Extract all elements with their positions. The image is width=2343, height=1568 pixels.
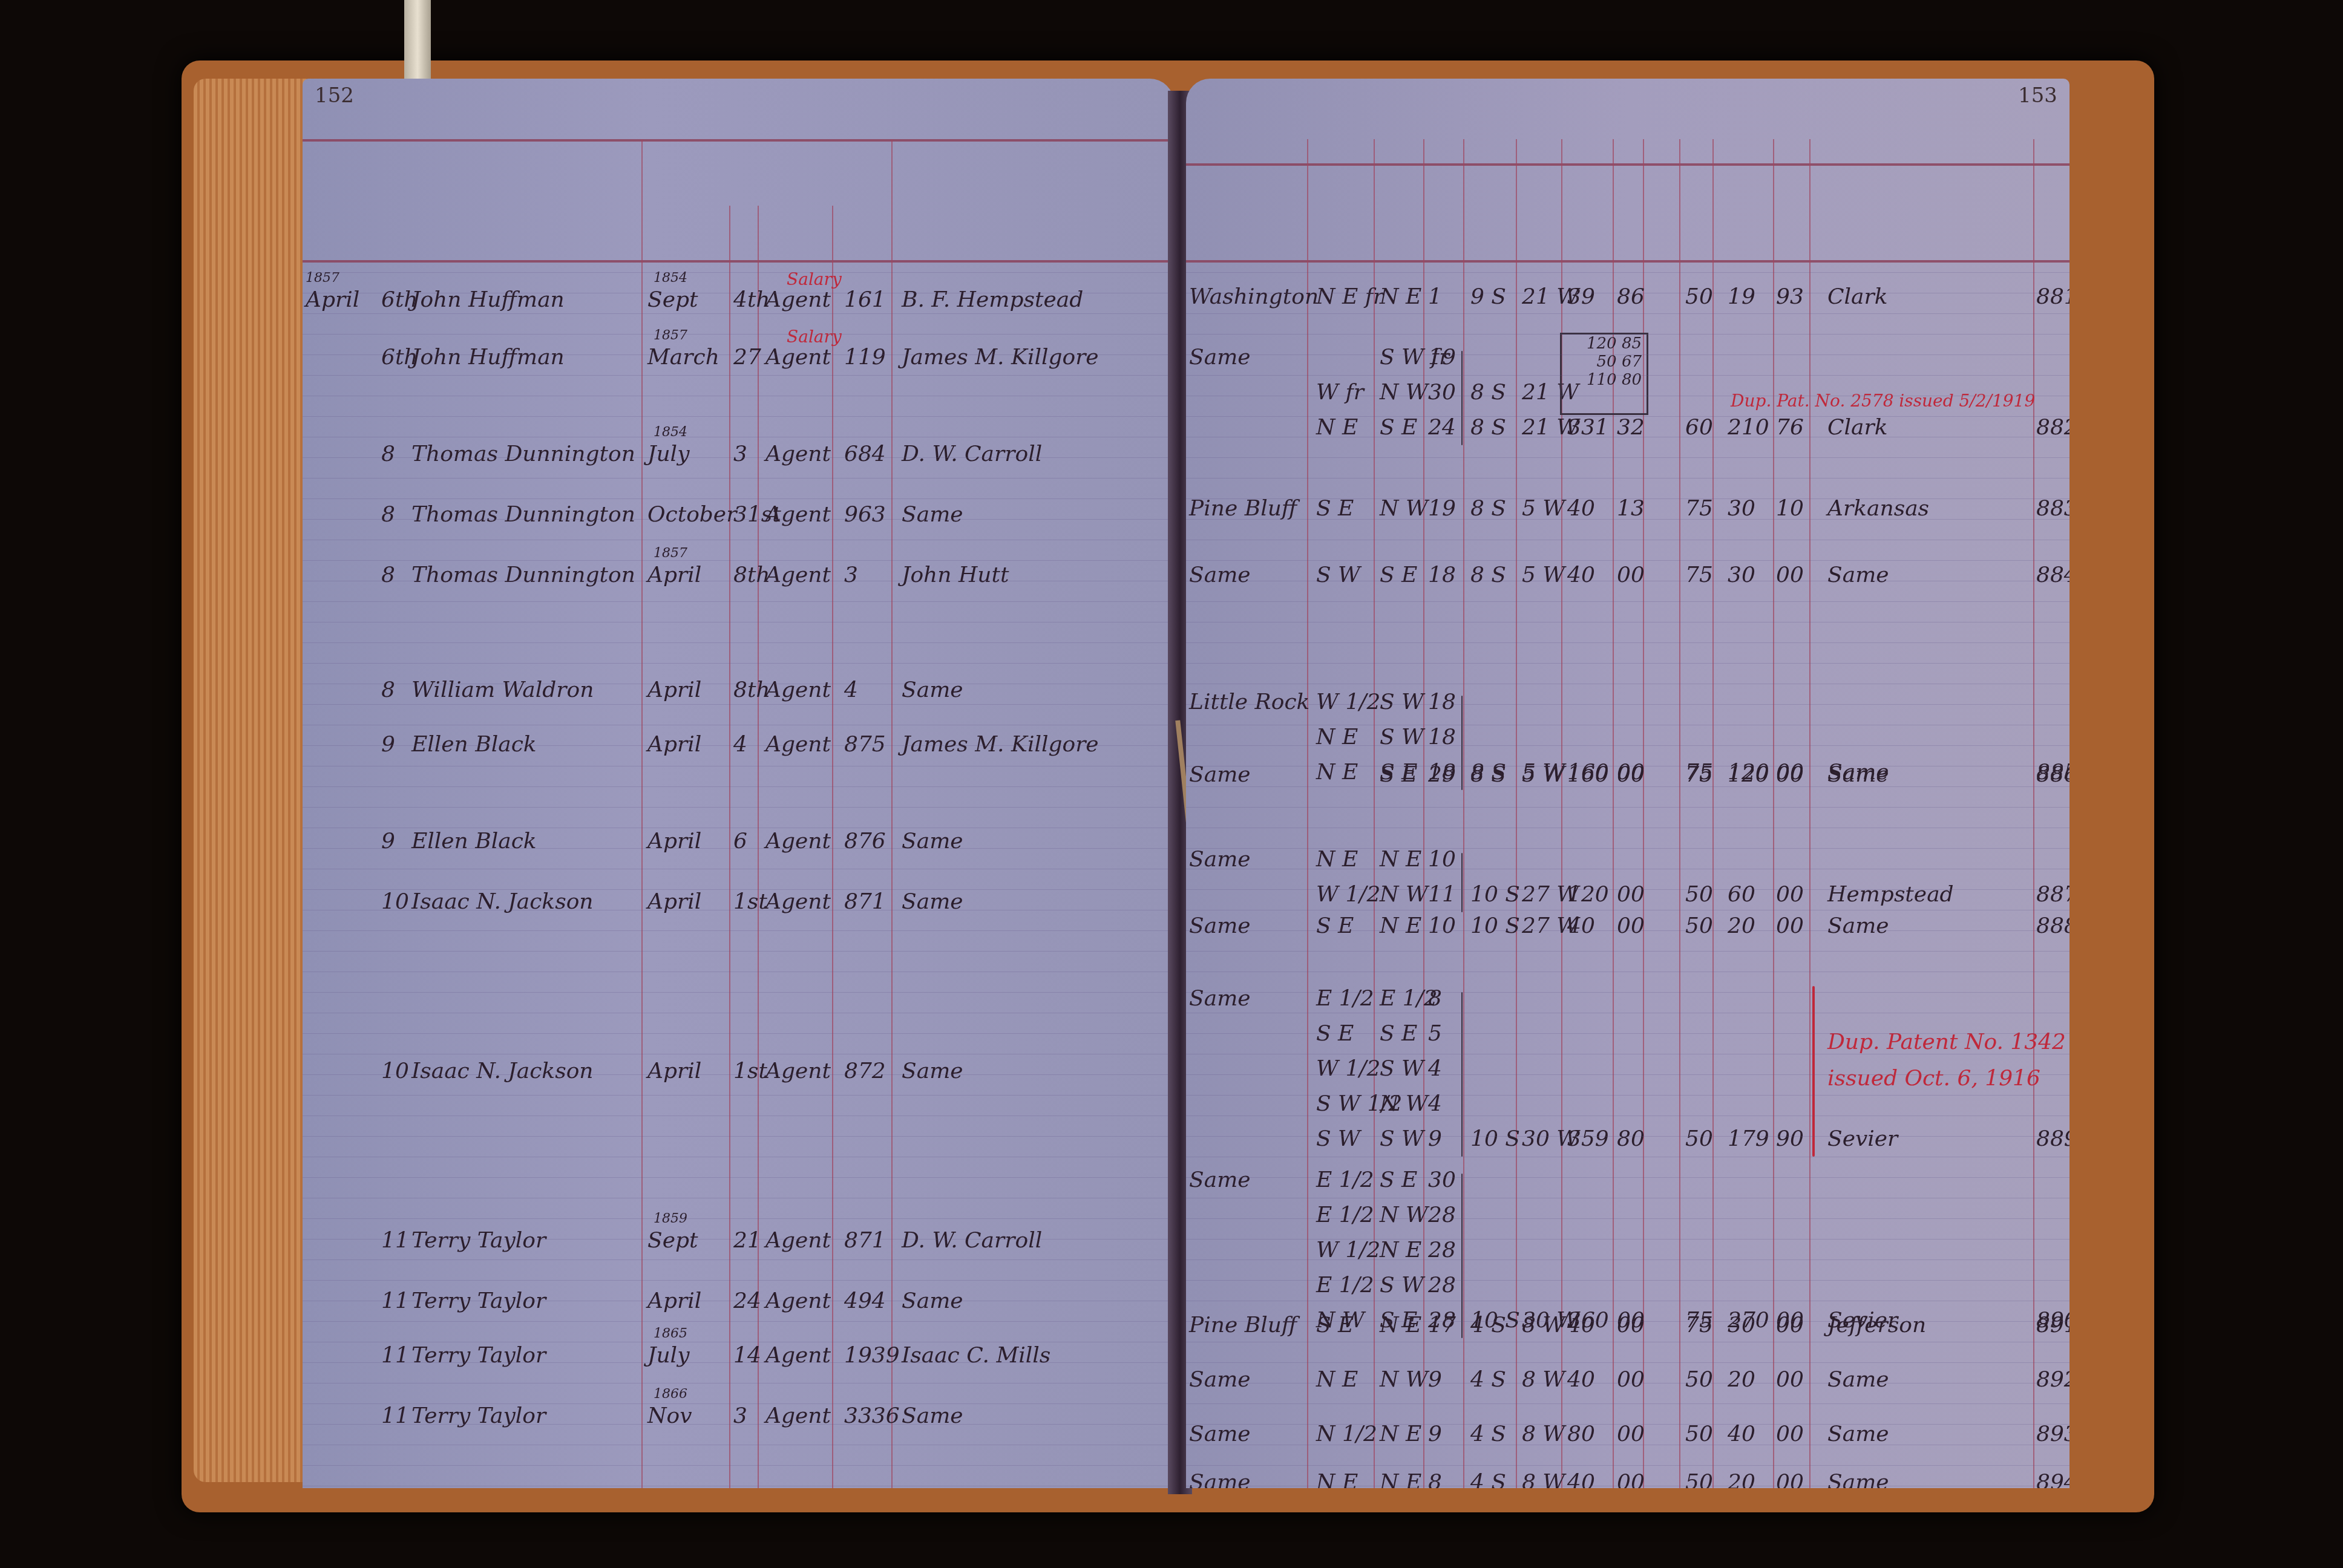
ruled-line — [303, 663, 1174, 664]
date-year: 1857 — [654, 328, 687, 343]
ruled-line — [303, 725, 1174, 725]
entry-by: Agent — [765, 563, 831, 587]
amount: 210 — [1728, 415, 1769, 440]
ruled-line — [303, 1218, 1174, 1219]
township: 9 S — [1470, 284, 1506, 309]
quarter: N W — [1380, 1367, 1428, 1392]
price-per-acre: 50 — [1685, 882, 1713, 907]
land-part: S W — [1316, 563, 1360, 587]
entry-by: Agent — [765, 287, 831, 312]
entrant-name: Thomas Dunnington — [411, 563, 635, 587]
acres: 40 — [1567, 1313, 1595, 1338]
col-divider — [1679, 139, 1680, 1488]
ruled-line — [1186, 293, 2069, 293]
entry-by: Agent — [765, 678, 831, 702]
land-office: Same — [1189, 1367, 1251, 1392]
date-year: 1865 — [654, 1326, 687, 1341]
land-office: Same — [1189, 847, 1251, 872]
quarter: S E — [1380, 563, 1417, 587]
ruled-line — [303, 1383, 1174, 1383]
ruled-line — [303, 1074, 1174, 1075]
ruled-line — [1186, 1342, 2069, 1342]
entry-by: Agent — [765, 345, 831, 370]
officer-name: Same — [902, 829, 963, 854]
ruled-line — [1186, 766, 2069, 766]
quarter: N W — [1380, 496, 1428, 521]
quarter: S W — [1380, 1273, 1424, 1298]
ruled-line — [1186, 1301, 2069, 1301]
date-month: October — [647, 502, 736, 527]
entrant-name: Terry Taylor — [411, 1228, 546, 1253]
date-year: 1866 — [654, 1387, 687, 1402]
quarter: N W — [1380, 1203, 1428, 1227]
ruled-line — [303, 334, 1174, 335]
ruled-line — [1186, 1403, 2069, 1404]
ruled-line — [1186, 498, 2069, 499]
county: Clark — [1827, 415, 1888, 440]
ruled-line — [1186, 1383, 2069, 1383]
land-office: Pine Bluff — [1189, 496, 1297, 521]
range: 8 W — [1522, 1422, 1565, 1446]
section: 17 — [1428, 1313, 1456, 1338]
entrant-name: Terry Taylor — [411, 1343, 546, 1368]
ruled-line — [1186, 1095, 2069, 1096]
boxed-value: 50 67 — [1562, 353, 1647, 371]
col-divider — [729, 206, 730, 1488]
page-number-left: 152 — [315, 83, 354, 108]
land-office: Pine Bluff — [1189, 1313, 1297, 1338]
ruled-line — [1186, 457, 2069, 458]
ruled-line — [303, 1157, 1174, 1157]
ruled-line — [303, 1116, 1174, 1116]
right-page: 153 WashingtonN E frN E19 S21 W398650199… — [1186, 79, 2069, 1488]
ruled-line — [303, 1095, 1174, 1096]
ruled-line — [1186, 354, 2069, 355]
section: 19 — [1428, 345, 1456, 370]
ruled-line — [303, 930, 1174, 931]
ruled-line — [303, 786, 1174, 787]
date-month: April — [647, 563, 701, 587]
entry-day: 9 — [381, 829, 395, 854]
officer-name: John Hutt — [902, 563, 1009, 587]
entry-day: 8 — [381, 442, 395, 466]
township: 4 S — [1470, 1422, 1506, 1446]
ruled-line — [1186, 848, 2069, 849]
land-part: N E — [1316, 760, 1358, 785]
ruled-line — [303, 1465, 1174, 1466]
land-part: S E — [1316, 913, 1354, 938]
quarter: N E — [1380, 847, 1421, 872]
date-day: 21 — [733, 1228, 761, 1253]
entrant-name: John Huffman — [411, 287, 565, 312]
ruled-line — [303, 354, 1174, 355]
ruled-line — [303, 1445, 1174, 1445]
ruled-line — [303, 293, 1174, 293]
patent-number: 883 — [2036, 496, 2069, 521]
ruled-line — [303, 745, 1174, 746]
page-number-right: 153 — [2018, 83, 2057, 108]
quarter: N E — [1380, 1313, 1421, 1338]
officer-name: James M. Killgore — [902, 732, 1099, 757]
ruled-line — [1186, 828, 2069, 828]
price-per-acre: 75 — [1685, 496, 1713, 521]
ruled-line — [1186, 684, 2069, 684]
boxed-value: 120 85 — [1562, 335, 1647, 353]
certificate-number: 876 — [844, 829, 886, 854]
certificate-number: 4 — [844, 678, 858, 702]
county: Same — [1827, 563, 1889, 587]
ruled-line — [1186, 1465, 2069, 1466]
acres: 40 — [1567, 563, 1595, 587]
ruled-line — [303, 889, 1174, 890]
col-divider — [1463, 139, 1464, 1488]
officer-name: D. W. Carroll — [902, 442, 1042, 466]
township: 4 S — [1470, 1367, 1506, 1392]
header-rule-bottom — [303, 260, 1174, 263]
entry-day: 8 — [381, 563, 395, 587]
ruled-line — [1186, 1486, 2069, 1486]
col-divider — [832, 206, 833, 1488]
quarter: S W — [1380, 1056, 1424, 1081]
ruled-line — [1186, 1074, 2069, 1075]
entrant-name: Ellen Black — [411, 732, 537, 757]
date-year: 1854 — [654, 425, 687, 440]
county: Same — [1827, 913, 1889, 938]
ruled-line — [303, 540, 1174, 540]
ruled-line — [1186, 807, 2069, 808]
ruled-line — [1186, 437, 2069, 437]
amount-cents: 93 — [1776, 284, 1804, 309]
ruled-line — [1186, 951, 2069, 952]
ruled-line — [1186, 642, 2069, 643]
certificate-number: 963 — [844, 502, 886, 527]
price-per-acre: 75 — [1685, 563, 1713, 587]
entry-day: 8 — [381, 502, 395, 527]
amount-cents: 00 — [1776, 913, 1804, 938]
ruled-line — [1186, 1033, 2069, 1034]
ruled-line — [1186, 972, 2069, 972]
ruled-line — [1186, 519, 2069, 520]
section: 18 — [1428, 563, 1456, 587]
land-part: N E fr — [1316, 284, 1383, 309]
amount: 19 — [1728, 284, 1755, 309]
land-part: S E — [1316, 1313, 1354, 1338]
ruled-line — [1186, 601, 2069, 602]
col-divider — [2033, 139, 2034, 1488]
ruled-line — [1186, 272, 2069, 273]
acres: 80 — [1567, 1422, 1595, 1446]
quarter: N E — [1380, 284, 1421, 309]
page-edges — [194, 79, 309, 1482]
acres-fraction: 00 — [1617, 1422, 1645, 1446]
boxed-acreage: 120 8550 67110 80 — [1560, 333, 1648, 415]
acres-fraction: 80 — [1617, 1126, 1645, 1151]
land-part: W 1/2 — [1316, 690, 1380, 714]
date-month: April — [647, 732, 701, 757]
certificate-number: 1939 — [844, 1343, 900, 1368]
ruled-line — [303, 375, 1174, 376]
land-part: N E — [1316, 415, 1358, 440]
land-part: S W — [1316, 1126, 1360, 1151]
ruled-line — [1186, 1054, 2069, 1054]
amount-cents: 90 — [1776, 1126, 1804, 1151]
county: Hempstead — [1827, 882, 1954, 907]
price-per-acre: 50 — [1685, 1367, 1713, 1392]
amount: 40 — [1728, 1422, 1755, 1446]
date-day: 27 — [733, 345, 761, 370]
acres-fraction: 00 — [1617, 563, 1645, 587]
land-part: W 1/2 — [1316, 1238, 1380, 1263]
ruled-line — [1186, 581, 2069, 581]
quarter: N W — [1380, 882, 1428, 907]
ruled-line — [1186, 1280, 2069, 1281]
red-annotation: Salary — [787, 327, 842, 347]
section: 10 — [1428, 847, 1456, 872]
ruled-line — [303, 622, 1174, 622]
ruled-line — [1186, 992, 2069, 993]
ruled-line — [303, 1342, 1174, 1342]
header-rule-top — [1186, 163, 2069, 166]
date-day: 4th — [733, 287, 770, 312]
ruled-line — [1186, 1424, 2069, 1425]
ruled-line — [1186, 396, 2069, 396]
acres: 120 — [1567, 882, 1609, 907]
ruled-line — [1186, 478, 2069, 479]
header-rule-top — [303, 139, 1174, 142]
date-month: Sept — [647, 1228, 698, 1253]
range: 8 W — [1522, 1367, 1565, 1392]
quarter: S E — [1380, 1168, 1417, 1192]
entrant-name: William Waldron — [411, 678, 594, 702]
date-day: 6 — [733, 829, 747, 854]
ruled-line — [303, 1136, 1174, 1137]
price-per-acre: 50 — [1685, 1422, 1713, 1446]
ruled-line — [1186, 704, 2069, 705]
entry-by: Agent — [765, 1343, 831, 1368]
certificate-number: 875 — [844, 732, 886, 757]
entry-by: Agent — [765, 829, 831, 854]
township: 8 S — [1470, 496, 1506, 521]
acres-fraction: 32 — [1617, 415, 1645, 440]
entrant-name: Isaac N. Jackson — [411, 1059, 594, 1083]
ruled-line — [303, 951, 1174, 952]
date-day: 3 — [733, 442, 747, 466]
amount-cents: 76 — [1776, 415, 1804, 440]
col-divider — [891, 139, 893, 1488]
land-part: S E — [1316, 496, 1354, 521]
ruled-line — [1186, 334, 2069, 335]
ruled-line — [1186, 1198, 2069, 1198]
ruled-line — [303, 704, 1174, 705]
section: 8 — [1428, 986, 1442, 1011]
price-per-acre: 60 — [1685, 415, 1713, 440]
land-office: Washington — [1189, 284, 1319, 309]
amount: 30 — [1728, 496, 1755, 521]
acres: 359 — [1567, 1126, 1609, 1151]
ruled-line — [303, 437, 1174, 437]
section: 11 — [1428, 882, 1456, 907]
land-office: Same — [1189, 1168, 1251, 1192]
ruled-line — [303, 1486, 1174, 1486]
ruled-line — [303, 1403, 1174, 1404]
section: 28 — [1428, 1203, 1456, 1227]
officer-name: Isaac C. Mills — [902, 1343, 1050, 1368]
acres-fraction: 00 — [1617, 913, 1645, 938]
quarter: N E — [1380, 1422, 1421, 1446]
date-day: 1st — [733, 1059, 767, 1083]
date-month: April — [647, 1059, 701, 1083]
ruled-line — [1186, 560, 2069, 561]
acres-fraction: 13 — [1617, 496, 1645, 521]
ruled-line — [303, 601, 1174, 602]
ruled-line — [303, 1301, 1174, 1301]
col-divider — [1809, 139, 1810, 1488]
township: 10 S — [1470, 882, 1520, 907]
land-part: W 1/2 — [1316, 882, 1380, 907]
ruled-line — [303, 972, 1174, 972]
township: 8 S — [1470, 380, 1506, 405]
land-office: Same — [1189, 986, 1251, 1011]
ruled-line — [1186, 1362, 2069, 1363]
red-bracket — [1812, 986, 1815, 1157]
ruled-line — [303, 457, 1174, 458]
acres-fraction: 86 — [1617, 284, 1645, 309]
price-per-acre: 50 — [1685, 913, 1713, 938]
land-part: E 1/2 — [1316, 986, 1374, 1011]
ruled-line — [303, 766, 1174, 766]
patent-number: 888 — [2036, 913, 2069, 938]
section: 30 — [1428, 1168, 1456, 1192]
entry-by: Agent — [765, 442, 831, 466]
land-office: Same — [1189, 563, 1251, 587]
range: 5 W — [1522, 496, 1565, 521]
ruled-line — [303, 560, 1174, 561]
ruled-line — [303, 313, 1174, 314]
land-part: N E — [1316, 1367, 1358, 1392]
entrant-name: Thomas Dunnington — [411, 502, 635, 527]
entry-by: Agent — [765, 732, 831, 757]
land-part: E 1/2 — [1316, 1203, 1374, 1227]
land-part: N E — [1316, 847, 1358, 872]
entry-by: Agent — [765, 1228, 831, 1253]
ruled-line — [303, 848, 1174, 849]
certificate-number: 3 — [844, 563, 858, 587]
officer-name: B. F. Hempstead — [902, 287, 1083, 312]
township: 8 S — [1470, 415, 1506, 440]
ruled-line — [1186, 725, 2069, 725]
section: 1 — [1428, 284, 1442, 309]
ruled-line — [1186, 930, 2069, 931]
entrant-name: Ellen Black — [411, 829, 537, 854]
ruled-line — [1186, 745, 2069, 746]
officer-name: D. W. Carroll — [902, 1228, 1042, 1253]
ruled-line — [1186, 1177, 2069, 1178]
patent-number: 892 — [2036, 1367, 2069, 1392]
section: 28 — [1428, 1238, 1456, 1263]
patent-number: 889 — [2036, 1126, 2069, 1151]
ruled-line — [1186, 416, 2069, 417]
date-month: April — [647, 678, 701, 702]
officer-name: Same — [902, 678, 963, 702]
ruled-line — [303, 416, 1174, 417]
ruled-line — [1186, 1259, 2069, 1260]
quarter: S W — [1380, 1126, 1424, 1151]
date-day: 14 — [733, 1343, 761, 1368]
col-divider — [1307, 139, 1308, 1488]
certificate-number: 872 — [844, 1059, 886, 1083]
section: 9 — [1428, 1126, 1442, 1151]
township: 4 S — [1470, 1313, 1506, 1338]
ruled-line — [303, 807, 1174, 808]
ruled-line — [1186, 1013, 2069, 1013]
entry-day: 11 — [381, 1228, 409, 1253]
acres-fraction: 00 — [1617, 1313, 1645, 1338]
bracket — [1461, 696, 1463, 790]
ruled-line — [303, 910, 1174, 910]
amount-cents: 10 — [1776, 496, 1804, 521]
acres: 40 — [1567, 496, 1595, 521]
section: 9 — [1428, 1367, 1442, 1392]
ruled-line — [1186, 1239, 2069, 1240]
patent-number: 893 — [2036, 1422, 2069, 1446]
quarter: N E — [1380, 1238, 1421, 1263]
amount: 30 — [1728, 1313, 1755, 1338]
ruled-line — [303, 869, 1174, 869]
ruled-line — [303, 828, 1174, 828]
entry-by: Agent — [765, 502, 831, 527]
amount-cents: 00 — [1776, 1422, 1804, 1446]
ruled-line — [1186, 313, 2069, 314]
quarter: S W — [1380, 690, 1424, 714]
ruled-line — [303, 1033, 1174, 1034]
ruled-line — [303, 1321, 1174, 1322]
acres-fraction: 00 — [1617, 1367, 1645, 1392]
price-per-acre: 50 — [1685, 284, 1713, 309]
ruled-line — [303, 478, 1174, 479]
entry-month: April — [306, 287, 359, 312]
section: 30 — [1428, 380, 1456, 405]
ruled-line — [303, 684, 1174, 684]
quarter: N E — [1380, 913, 1421, 938]
ruled-line — [303, 519, 1174, 520]
header-rule-bottom — [1186, 260, 2069, 263]
ruled-line — [1186, 1116, 2069, 1116]
amount-cents: 00 — [1776, 563, 1804, 587]
ruled-line — [1186, 375, 2069, 376]
bracket — [1461, 351, 1463, 445]
land-part: E 1/2 — [1316, 1168, 1374, 1192]
ruled-line — [1186, 622, 2069, 622]
county: Sevier — [1827, 1126, 1898, 1151]
ruled-line — [303, 1239, 1174, 1240]
entrant-name: John Huffman — [411, 345, 565, 370]
quarter: N W — [1380, 380, 1428, 405]
patent-number: 887 — [2036, 882, 2069, 907]
amount: 179 — [1728, 1126, 1769, 1151]
date-day: 4 — [733, 732, 747, 757]
ruled-line — [303, 396, 1174, 396]
acres: 331 — [1567, 415, 1609, 440]
ruled-line — [1186, 1321, 2069, 1322]
ruled-line — [303, 1362, 1174, 1363]
acres: 39 — [1567, 284, 1595, 309]
certificate-number: 684 — [844, 442, 886, 466]
land-part: N 1/2 — [1316, 1422, 1377, 1446]
patent-number: 891 — [2036, 1313, 2069, 1338]
entry-day: 10 — [381, 1059, 409, 1083]
entry-day: 9 — [381, 732, 395, 757]
section: 4 — [1428, 1056, 1442, 1081]
